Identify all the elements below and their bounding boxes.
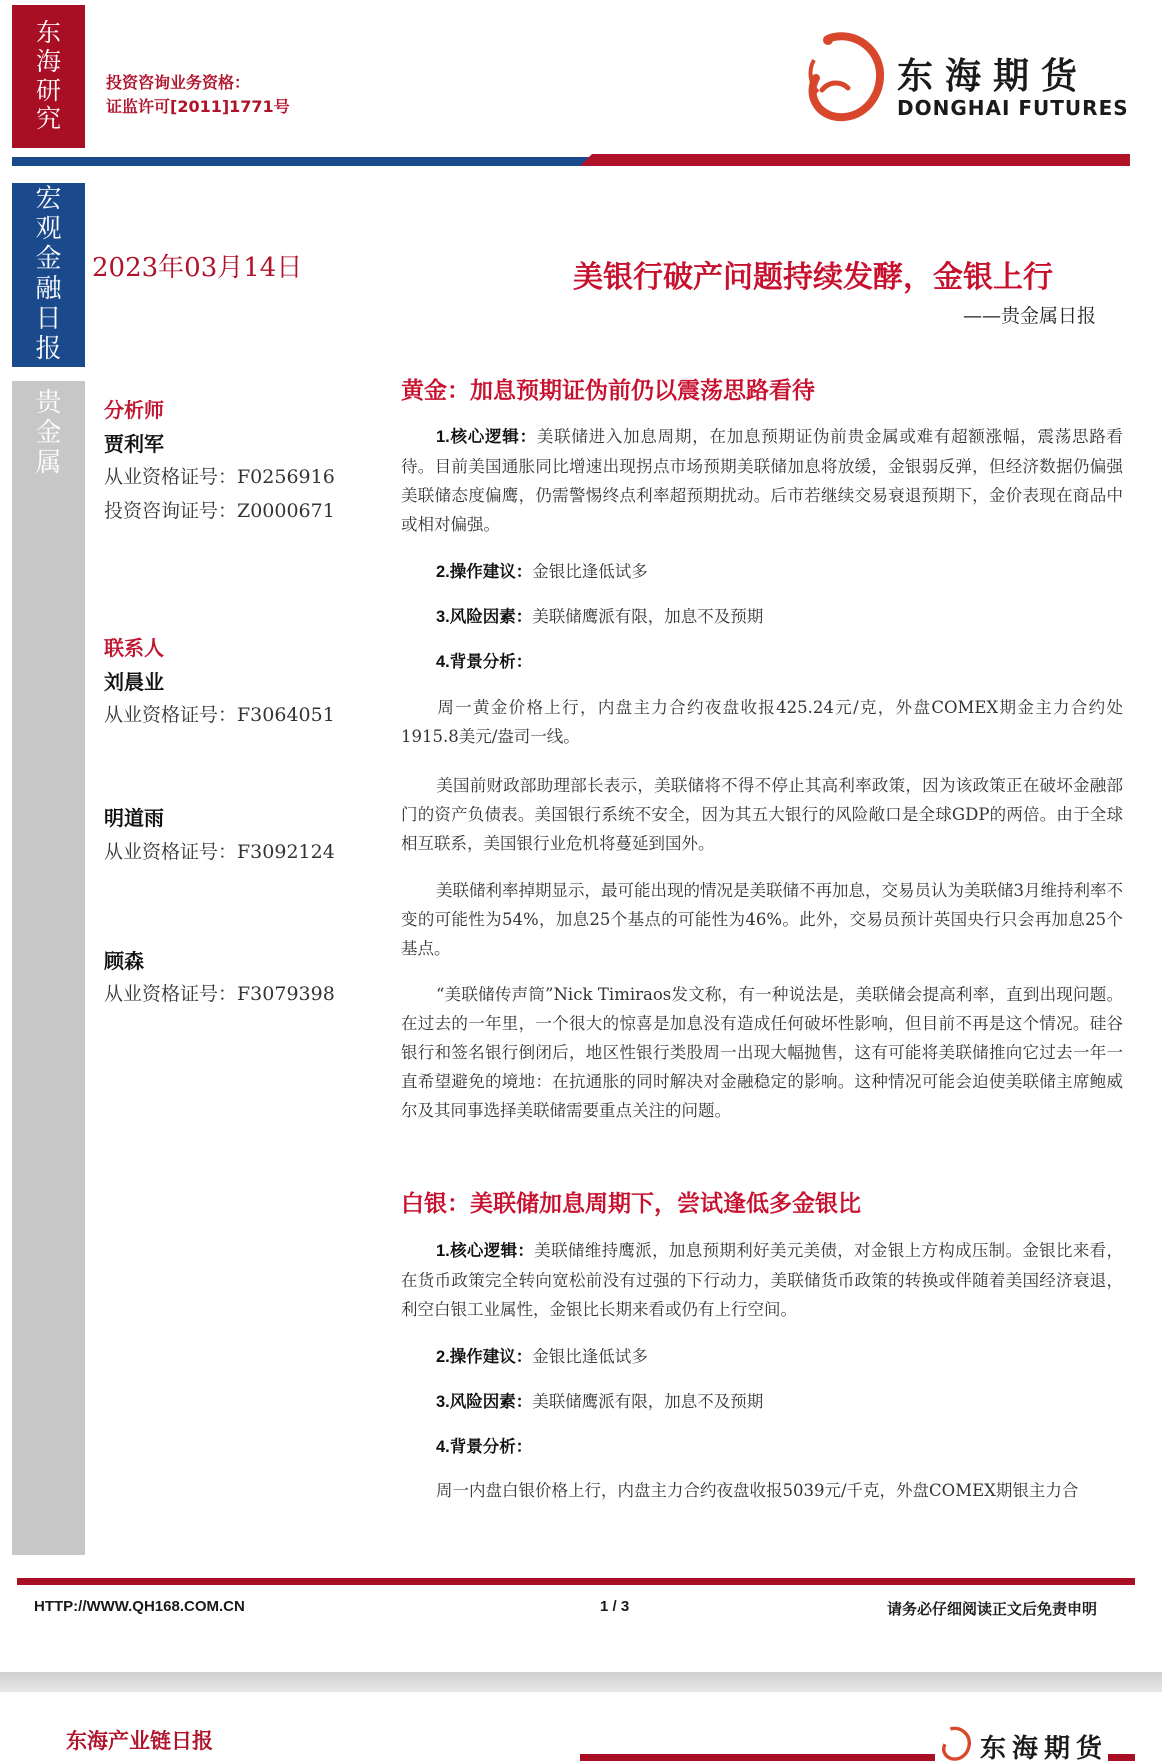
category-char: 报 [35, 335, 61, 365]
paragraph-text: 美国前财政部助理部长表示，美联储将不得不停止其高利率政策，因为该政策正在破坏金融… [401, 776, 1123, 853]
contact-name: 顾森 [104, 945, 144, 974]
advice-label: 2.操作建议： [436, 563, 532, 581]
page-separator [0, 1672, 1162, 1692]
brand-char: 研 [36, 77, 61, 106]
company-logo: 东海期货 DONGHAI FUTURES [800, 30, 1130, 125]
category-char: 融 [35, 275, 61, 305]
paragraph-text: 周一内盘白银价格上行，内盘主力合约夜盘收报5039元/千克，外盘COMEX期银主… [436, 1481, 1078, 1500]
logo-text-cn: 东海期货 [980, 1734, 1108, 1761]
report-category-box: 宏 观 金 融 日 报 [12, 183, 85, 367]
header-bar-red [580, 154, 1130, 166]
footer-url-link[interactable]: HTTP://WWW.QH168.COM.CN [34, 1598, 245, 1615]
analyst-cert: 从业资格证号：F0256916 [104, 462, 335, 489]
category-char: 宏 [35, 185, 61, 215]
silver-background: 4.背景分析： [436, 1433, 532, 1457]
dragon-logo-icon [800, 30, 890, 125]
analyst-label: 分析师 [104, 394, 164, 423]
brand-char: 东 [36, 19, 61, 48]
gold-paragraph: 美联储利率掉期显示，最可能出现的情况是美联储不再加息，交易员认为美联储3月维持利… [401, 876, 1123, 963]
advice-label: 2.操作建议： [436, 1348, 532, 1366]
license-info: 投资咨询业务资格： 证监许可[2011]1771号 [106, 71, 290, 119]
core-logic-label: 1.核心逻辑： [436, 428, 537, 446]
gold-paragraph: “美联储传声筒”Nick Timiraos发文称，有一种说法是，美联储会提高利率… [401, 980, 1123, 1125]
analyst-name: 贾利军 [104, 428, 164, 457]
brand-char: 究 [36, 105, 61, 134]
silver-paragraph: 周一内盘白银价格上行，内盘主力合约夜盘收报5039元/千克，外盘COMEX期银主… [401, 1476, 1123, 1505]
contact-name: 明道雨 [104, 802, 164, 831]
silver-section-title: 白银：美联储加息周期下，尝试逢低多金银比 [401, 1185, 861, 1218]
silver-advice: 2.操作建议：金银比逢低试多 [436, 1343, 648, 1367]
gold-section-title: 黄金：加息预期证伪前仍以震荡思路看待 [401, 372, 815, 405]
report-subtitle: ——贵金属日报 [963, 301, 1096, 328]
header-bar-blue [12, 157, 590, 166]
risk-text: 美联储鹰派有限，加息不及预期 [532, 1392, 763, 1411]
gold-advice: 2.操作建议：金银比逢低试多 [436, 558, 648, 582]
report-date: 2023年03月14日 [92, 247, 302, 284]
sector-char: 属 [35, 449, 61, 479]
background-label: 4.背景分析： [436, 653, 532, 671]
silver-risk: 3.风险因素：美联储鹰派有限，加息不及预期 [436, 1388, 763, 1412]
gold-core-logic: 1.核心逻辑：美联储进入加息周期，在加息预期证伪前贵金属或难有超额涨幅，震荡思路… [401, 422, 1123, 539]
sector-char: 金 [35, 419, 61, 449]
sector-char: 贵 [35, 389, 61, 419]
advice-text: 金银比逢低试多 [532, 562, 648, 581]
silver-core-logic: 1.核心逻辑：美联储维持鹰派，加息预期利好美元美债，对金银上方构成压制。金银比来… [401, 1236, 1123, 1324]
page-number: 1 / 3 [600, 1598, 629, 1615]
page2-title: 东海产业链日报 [66, 1725, 213, 1755]
logo-text-cn: 东海期货 [897, 48, 1089, 99]
gold-background: 4.背景分析： [436, 648, 532, 672]
brand-char: 海 [36, 48, 61, 77]
logo-text-en: DONGHAI FUTURES [897, 96, 1129, 120]
contact-cert: 从业资格证号：F3092124 [104, 837, 335, 864]
contact-cert: 从业资格证号：F3064051 [104, 700, 335, 727]
advice-text: 金银比逢低试多 [532, 1347, 648, 1366]
sector-sidebar: 贵 金 属 [12, 381, 85, 1555]
category-char: 观 [35, 215, 61, 245]
gold-paragraph: 美国前财政部助理部长表示，美联储将不得不停止其高利率政策，因为该政策正在破坏金融… [401, 771, 1123, 858]
disclaimer-note: 请务必仔细阅读正文后免责申明 [887, 1598, 1097, 1619]
report-title: 美银行破产问题持续发酵，金银上行 [573, 252, 1053, 296]
category-char: 金 [35, 245, 61, 275]
gold-risk: 3.风险因素：美联储鹰派有限，加息不及预期 [436, 603, 763, 627]
page2-logo: 东海期货 [935, 1728, 1108, 1761]
contact-label: 联系人 [104, 632, 164, 661]
risk-text: 美联储鹰派有限，加息不及预期 [532, 607, 763, 626]
risk-label: 3.风险因素： [436, 608, 532, 626]
core-logic-label: 1.核心逻辑： [436, 1242, 534, 1260]
contact-cert: 从业资格证号：F3079398 [104, 979, 335, 1006]
contact-name: 刘晨业 [104, 666, 164, 695]
paragraph-text: 美联储利率掉期显示，最可能出现的情况是美联储不再加息，交易员认为美联储3月维持利… [401, 881, 1123, 958]
gold-paragraph: 周一黄金价格上行，内盘主力合约夜盘收报425.24元/克，外盘COMEX期金主力… [401, 693, 1123, 751]
dragon-logo-icon [937, 1726, 975, 1761]
background-label: 4.背景分析： [436, 1438, 532, 1456]
license-line-1: 投资咨询业务资格： [106, 71, 290, 95]
brand-box: 东 海 研 究 [12, 5, 85, 148]
license-line-2: 证监许可[2011]1771号 [106, 95, 290, 119]
paragraph-text: “美联储传声筒”Nick Timiraos发文称，有一种说法是，美联储会提高利率… [401, 985, 1123, 1120]
analyst-cert: 投资咨询证号：Z0000671 [104, 496, 335, 523]
risk-label: 3.风险因素： [436, 1393, 532, 1411]
footer-rule [17, 1578, 1135, 1585]
category-char: 日 [35, 305, 61, 335]
paragraph-text: 周一黄金价格上行，内盘主力合约夜盘收报425.24元/克，外盘COMEX期金主力… [401, 698, 1123, 746]
